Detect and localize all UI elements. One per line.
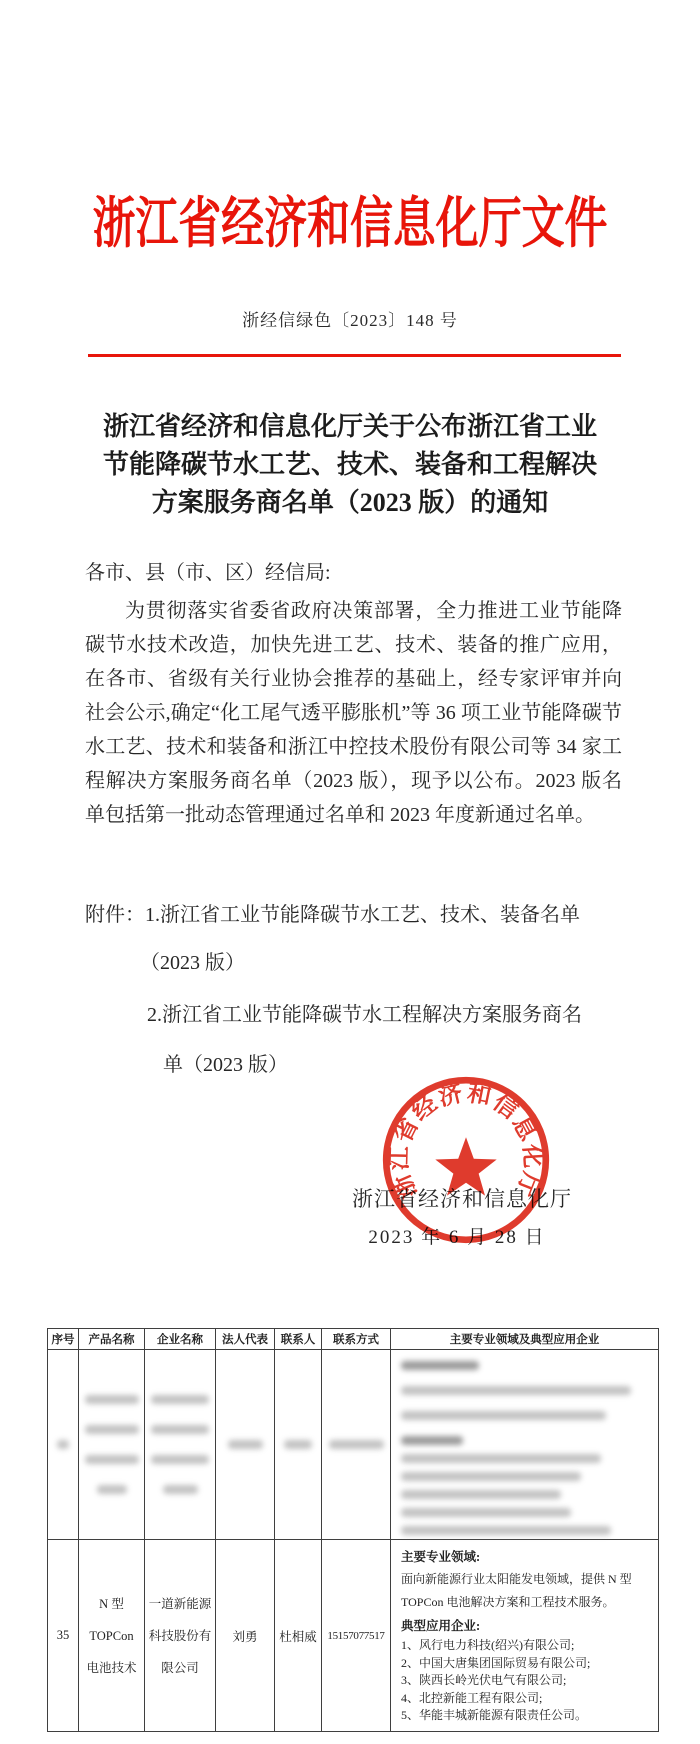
detail-field-label: 主要专业领域:	[401, 1547, 649, 1568]
detail-app-1: 1、风行电力科技(绍兴)有限公司;	[401, 1637, 649, 1655]
cell-company: 一道新能源科技股份有限公司	[145, 1540, 216, 1732]
col-header-legal-rep: 法人代表	[216, 1329, 275, 1350]
notice-title: 浙江省经济和信息化厅关于公布浙江省工业 节能降碳节水工艺、技术、装备和工程解决 …	[70, 408, 630, 522]
notice-title-line-3: 方案服务商名单（2023 版）的通知	[70, 484, 630, 522]
redacted-company-cell	[145, 1350, 216, 1540]
col-header-product: 产品名称	[79, 1329, 145, 1350]
attachment-line-3: 2.浙江省工业节能降碳节水工程解决方案服务商名	[147, 998, 582, 1027]
table-row-35: 35 N 型 TOPCon 电池技术 一道新能源科技股份有限公司 刘勇 杜相威 …	[48, 1540, 659, 1732]
official-seal: 浙江省经济和信息化厅	[371, 1065, 561, 1255]
detail-app-2: 2、中国大唐集团国际贸易有限公司;	[401, 1655, 649, 1673]
redacted-contact-cell	[275, 1350, 322, 1540]
attachment-line-2: （2023 版）	[140, 946, 245, 975]
col-header-company: 企业名称	[145, 1329, 216, 1350]
attachment-line-4: 单（2023 版）	[163, 1048, 288, 1077]
redacted-seq-cell	[48, 1350, 79, 1540]
col-header-detail: 主要专业领域及典型应用企业	[391, 1329, 659, 1350]
cell-detail: 主要专业领域: 面向新能源行业太阳能发电领域，提供 N 型 TOPCon 电池解…	[391, 1540, 659, 1732]
body-paragraph: 为贯彻落实省委省政府决策部署，全力推进工业节能降碳节水技术改造，加快先进工艺、技…	[85, 594, 622, 832]
detail-app-4: 4、北控新能工程有限公司;	[401, 1690, 649, 1708]
document-number: 浙经信绿色〔2023〕148 号	[0, 306, 700, 331]
companies-table: 序号 产品名称 企业名称 法人代表 联系人 联系方式 主要专业领域及典型应用企业	[47, 1328, 659, 1732]
redacted-legal-rep-cell	[216, 1350, 275, 1540]
cell-seq: 35	[48, 1540, 79, 1732]
notice-title-line-2: 节能降碳节水工艺、技术、装备和工程解决	[70, 446, 630, 484]
cell-legal-rep: 刘勇	[216, 1540, 275, 1732]
notice-title-line-1: 浙江省经济和信息化厅关于公布浙江省工业	[70, 408, 630, 446]
redacted-detail-cell	[391, 1350, 659, 1540]
col-header-contact: 联系人	[275, 1329, 322, 1350]
redacted-phone-cell	[322, 1350, 391, 1540]
table-header-row: 序号 产品名称 企业名称 法人代表 联系人 联系方式 主要专业领域及典型应用企业	[48, 1329, 659, 1350]
detail-app-3: 3、陕西长岭光伏电气有限公司;	[401, 1672, 649, 1690]
redacted-product-cell	[79, 1350, 145, 1540]
document-page: 浙江省经济和信息化厅文件 浙经信绿色〔2023〕148 号 浙江省经济和信息化厅…	[0, 0, 700, 1744]
salutation: 各市、县（市、区）经信局:	[85, 556, 625, 585]
red-divider	[88, 354, 621, 357]
cell-product: N 型 TOPCon 电池技术	[79, 1540, 145, 1732]
table-row-redacted	[48, 1350, 659, 1540]
seal-star-icon	[435, 1137, 496, 1195]
cell-phone: 15157077517	[322, 1540, 391, 1732]
attachment-line-1: 附件：1.浙江省工业节能降碳节水工艺、技术、装备名单	[85, 898, 580, 927]
cell-contact: 杜相威	[275, 1540, 322, 1732]
col-header-phone: 联系方式	[322, 1329, 391, 1350]
document-banner: 浙江省经济和信息化厅文件	[77, 194, 623, 255]
detail-app-5: 5、华能丰城新能源有限责任公司。	[401, 1707, 649, 1725]
detail-apps-label: 典型应用企业:	[401, 1616, 649, 1637]
detail-field-text: 面向新能源行业太阳能发电领域，提供 N 型 TOPCon 电池解决方案和工程技术…	[401, 1568, 649, 1614]
col-header-seq: 序号	[48, 1329, 79, 1350]
detail-apps-list: 1、风行电力科技(绍兴)有限公司; 2、中国大唐集团国际贸易有限公司; 3、陕西…	[401, 1637, 649, 1725]
